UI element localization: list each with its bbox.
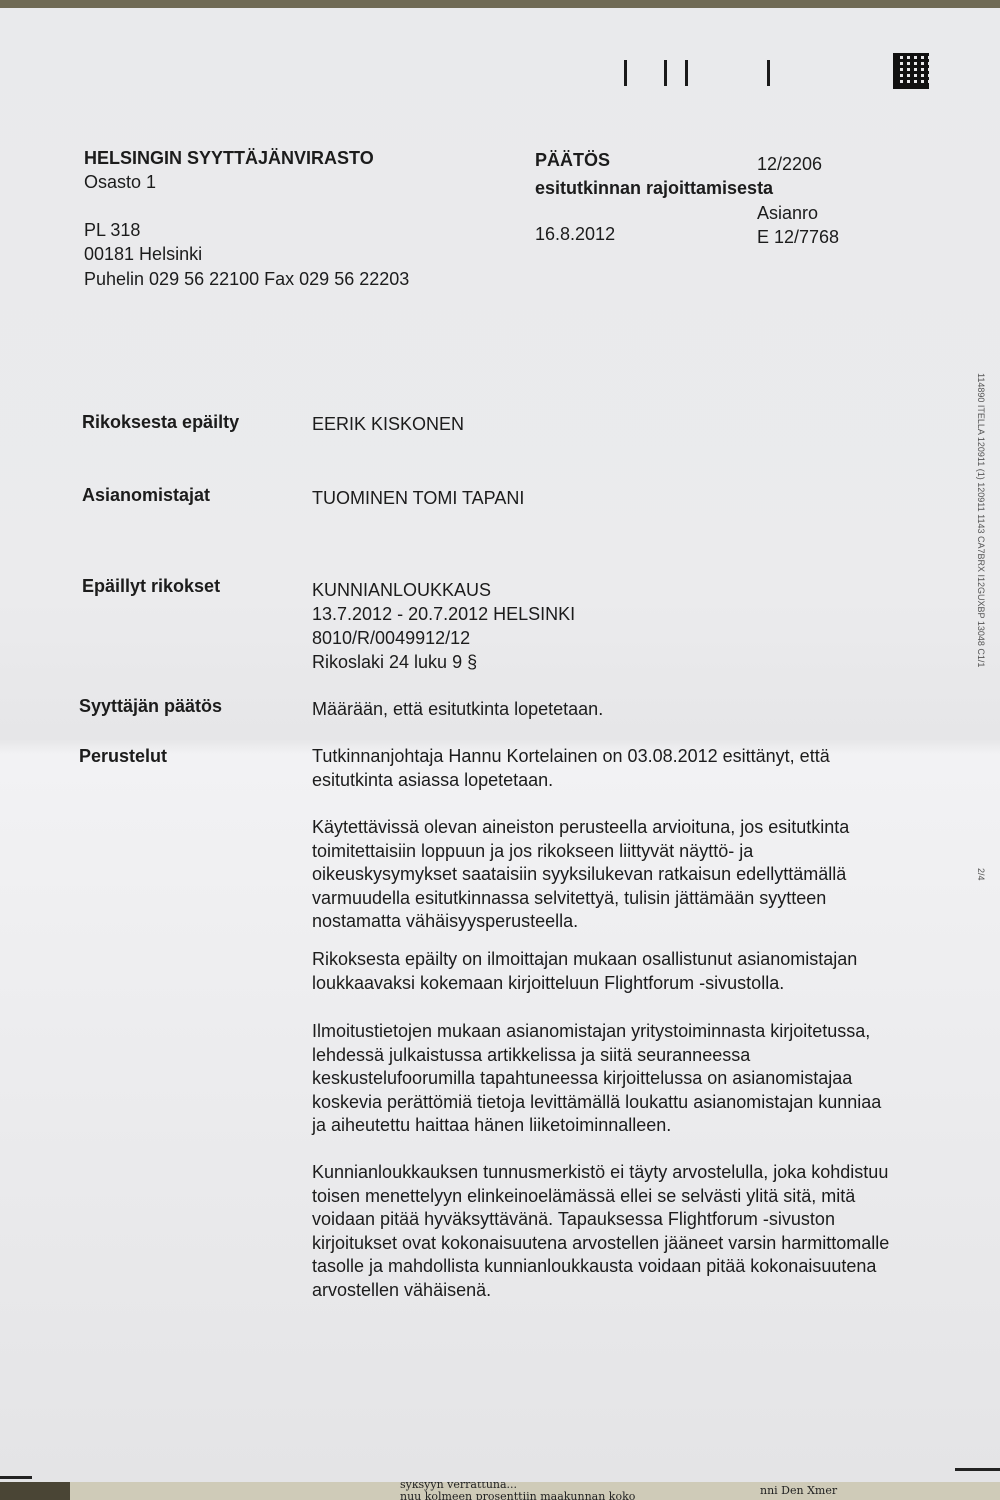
fold-mark xyxy=(955,1468,1000,1471)
postal-bar-mark xyxy=(685,60,688,86)
decision-subtitle: esitutkinnan rajoittamisesta xyxy=(535,178,773,199)
crime-law-section: Rikoslaki 24 luku 9 § xyxy=(312,650,477,674)
department: Osasto 1 xyxy=(84,172,156,193)
postal-bar-mark xyxy=(767,60,770,86)
side-print-page: 2/4 xyxy=(976,868,986,881)
newspaper-text: nuu kolmeen prosenttiin maakunnan koko xyxy=(400,1490,635,1500)
datamatrix-code-icon xyxy=(893,53,929,89)
postal-bar-mark xyxy=(664,60,667,86)
crime-reference: 8010/R/0049912/12 xyxy=(312,626,470,650)
decision-number: 12/2206 xyxy=(757,154,822,175)
background-newspaper: syksyyn verrattuna... nuu kolmeen prosen… xyxy=(0,1482,1000,1500)
reasoning-paragraph: Ilmoitustietojen mukaan asianomistajan y… xyxy=(312,1020,972,1138)
document-page: HELSINGIN SYYTTÄJÄNVIRASTO Osasto 1 PL 3… xyxy=(0,8,1000,1486)
postal-address: 00181 Helsinki xyxy=(84,244,202,265)
suspect-label: Rikoksesta epäilty xyxy=(82,412,239,433)
crime-type: KUNNIANLOUKKAUS xyxy=(312,578,491,602)
crime-dates: 13.7.2012 - 20.7.2012 HELSINKI xyxy=(312,602,575,626)
side-print-codes: 114890 ITELLA 120911 (1) 120911 1143 CA7… xyxy=(976,373,986,667)
suspect-value: EERIK KISKONEN xyxy=(312,412,464,436)
postal-bar-mark xyxy=(624,60,627,86)
po-box: PL 318 xyxy=(84,220,140,241)
reasoning-label: Perustelut xyxy=(79,746,167,767)
fold-mark xyxy=(0,1476,32,1479)
suspected-crimes-label: Epäillyt rikokset xyxy=(82,576,220,597)
newspaper-photo xyxy=(0,1482,70,1500)
decision-date: 16.8.2012 xyxy=(535,224,615,245)
reasoning-paragraph: Rikoksesta epäilty on ilmoittajan mukaan… xyxy=(312,948,972,995)
phone-fax: Puhelin 029 56 22100 Fax 029 56 22203 xyxy=(84,269,409,290)
prosecutor-decision-label: Syyttäjän päätös xyxy=(79,696,222,717)
case-number: E 12/7768 xyxy=(757,227,839,248)
reasoning-paragraph: Kunnianloukkauksen tunnusmerkistö ei täy… xyxy=(312,1161,972,1302)
office-name: HELSINGIN SYYTTÄJÄNVIRASTO xyxy=(84,148,374,169)
decision-title: PÄÄTÖS xyxy=(535,150,610,171)
case-number-label: Asianro xyxy=(757,203,818,224)
complainants-label: Asianomistajat xyxy=(82,485,210,506)
reasoning-paragraph: Käytettävissä olevan aineiston perusteel… xyxy=(312,816,972,934)
complainants-value: TUOMINEN TOMI TAPANI xyxy=(312,486,524,510)
reasoning-paragraph: Tutkinnanjohtaja Hannu Kortelainen on 03… xyxy=(312,745,972,792)
newspaper-text: nni Den Xmer xyxy=(760,1484,837,1497)
prosecutor-decision-value: Määrään, että esitutkinta lopetetaan. xyxy=(312,697,603,721)
